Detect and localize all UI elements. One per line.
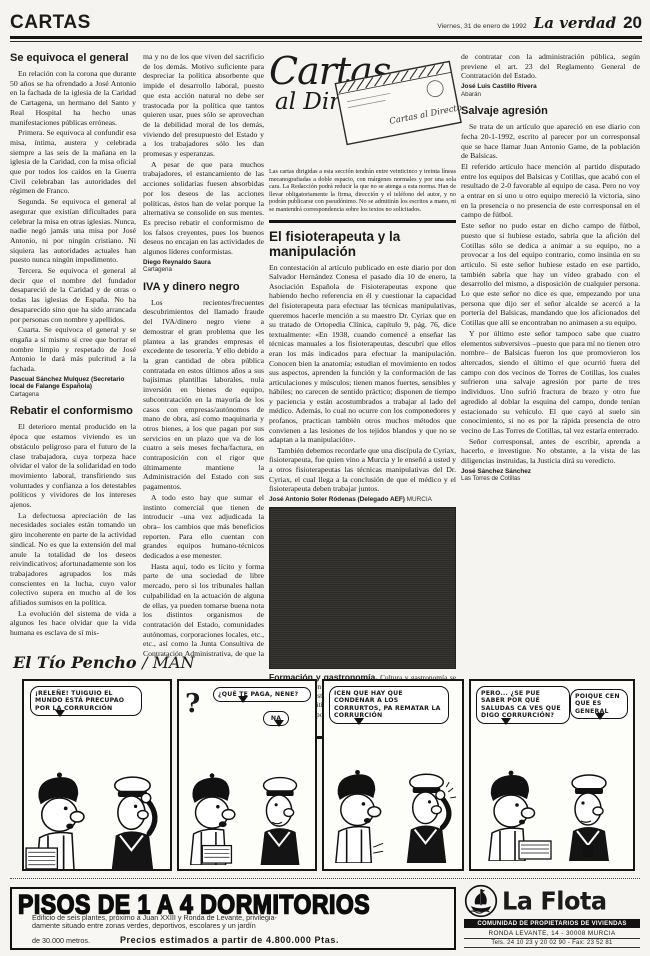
column-1: Se equivoca el general En relación con l…	[10, 52, 136, 660]
comic-name: El Tío Pencho	[13, 653, 137, 672]
header-rule-thin	[10, 41, 642, 42]
paragraph: El deterioro mental producido en la époc…	[10, 422, 136, 509]
signature-name: José Antonio Soler Ródenas (Delegado AEF…	[269, 496, 405, 503]
ship-icon	[464, 884, 498, 918]
newspaper-masthead: La verdad	[534, 14, 616, 32]
letter-signature: José Luis Castillo Rivera	[461, 83, 640, 91]
speech-bubble: NA	[263, 711, 289, 726]
column-4: de contratar con la administración públi…	[461, 52, 640, 664]
la-flota-logo-block: La Flota COMUNIDAD DE PROPIETARIOS DE VI…	[464, 884, 640, 950]
ad-separator	[10, 878, 640, 879]
speech-bubble: PERO... ¿SE PUE SABER POR QUÉ SALUDAS CA…	[476, 686, 570, 724]
paragraph: En contestación al artículo publicado en…	[269, 263, 456, 445]
paragraph: Hasta aquí, todo es lícito y forma parte…	[143, 562, 264, 660]
paragraph: El referido artículo hace mención al par…	[461, 162, 640, 220]
la-flota-name: La Flota	[502, 886, 607, 915]
ad-body-line: damente situado entre zonas verdes, depo…	[32, 922, 448, 930]
paragraph: A pesar de que para muchos trabajadores,…	[143, 160, 264, 257]
paragraph: Se trata de un artículo que apareció en …	[461, 122, 640, 161]
paragraph: En relación con la corona que durante 50…	[10, 69, 136, 127]
paragraph: Y por último este señor tampoco sabe que…	[461, 329, 640, 436]
comic-characters	[471, 761, 633, 871]
speech-bubble: ¡RELEÑE! TUIGUIO EL MUNDO ESTÁ PRECUPAO …	[30, 686, 142, 716]
letter-title-iva: IVA y dinero negro	[143, 281, 264, 293]
letters-rules-text: Las cartas dirigidas a esta sección tend…	[269, 168, 456, 214]
letter-location: Abarán	[461, 91, 640, 98]
ad-body-line: de 30.000 metros.	[32, 937, 90, 945]
comic-title: El Tío Pencho / MAN	[13, 653, 195, 672]
comic-panel-2: ? ¿QUÉ TE PAGA, NENE? NA	[177, 679, 317, 871]
paragraph: La defectuosa apreciación de las necesid…	[10, 511, 136, 608]
ad-price: Precios estimados a partir de 4.800.000 …	[120, 935, 339, 945]
page-header: CARTAS Viernes, 31 de enero de 1992 La v…	[10, 8, 642, 34]
la-flota-subtitle: COMUNIDAD DE PROPIETARIOS DE VIVIENDAS	[464, 919, 640, 928]
paragraph: de contratar con la administración públi…	[461, 52, 640, 81]
paragraph: Cuarta. Se equivoca el general y se enga…	[10, 325, 136, 374]
paragraph: Segunda. Se equivoca el general al asegu…	[10, 197, 136, 265]
paragraph: ma y no de los que viven del sacrificio …	[143, 52, 264, 159]
la-flota-address: RONDA LEVANTE, 14 - 30008 MURCIA	[464, 930, 640, 939]
feature-signature: José Antonio Soler Ródenas (Delegado AEF…	[269, 496, 456, 503]
comic-characters	[179, 761, 315, 871]
real-estate-ad: PISOS DE 1 A 4 DORMITORIOS Edificio de s…	[10, 887, 456, 950]
ad-headline: PISOS DE 1 A 4 DORMITORIOS	[18, 890, 448, 918]
page-number: 20	[623, 13, 642, 33]
comic-panel-4: PERO... ¿SE PUE SABER POR QUÉ SALUDAS CA…	[469, 679, 635, 871]
paella-contest-photo	[269, 507, 456, 669]
feature-rule-top	[269, 220, 456, 223]
letter-title-rebatir: Rebatir el conformismo	[10, 405, 136, 417]
paragraph: A todo esto hay que sumar el instinto co…	[143, 493, 264, 561]
speech-bubble: ICEN QUE HAY QUE CONDENAR A LOS CORRURTO…	[329, 686, 449, 724]
paragraph: Este señor no pudo estar en dicho campo …	[461, 221, 640, 328]
letter-location: Cartagena	[10, 391, 136, 398]
cartas-al-director-masthead: Cartas al Director Cartas al Director	[269, 52, 456, 164]
letter-title-salvaje: Salvaje agresión	[461, 105, 640, 117]
comic-author: / MAN	[142, 653, 194, 672]
letter-signature: Diego Reynaldo Saura	[143, 259, 264, 267]
feature-body: En contestación al artículo publicado en…	[269, 263, 456, 494]
section-title: CARTAS	[10, 12, 91, 34]
header-rule-thick	[10, 36, 642, 39]
paragraph: La evolución del sistema de vida a algun…	[10, 609, 136, 638]
signature-location: MURCIA	[407, 496, 432, 503]
letter-location: Las Torres de Cotillas	[461, 475, 640, 482]
paragraph: También debemos recordarle que una discí…	[269, 446, 456, 494]
speech-bubble: POIQUE CEN QUE ES GENERAL	[570, 689, 628, 719]
date-text: Viernes, 31 de enero de 1992	[437, 23, 526, 30]
question-mark: ?	[185, 689, 200, 719]
comic-characters	[324, 761, 462, 871]
column-2: ma y no de los que viven del sacrificio …	[143, 52, 264, 660]
comic-characters	[24, 761, 170, 871]
la-flota-phones: Tels. 24 10 23 y 20 02 90 - Fax: 23 52 8…	[464, 940, 640, 948]
paragraph: Los recientes/frecuentes descubrimientos…	[143, 298, 264, 492]
letter-signature: José Sánchez Sánchez	[461, 468, 640, 476]
letter-location: Cartagena	[143, 266, 264, 273]
speech-bubble: ¿QUÉ TE PAGA, NENE?	[213, 687, 311, 702]
paragraph: Primera. Se equivoca al confundir esa mi…	[10, 128, 136, 196]
comic-panel-1: ¡RELEÑE! TUIGUIO EL MUNDO ESTÁ PRECUPAO …	[22, 679, 172, 871]
paragraph: Tercera. Se equivoca el general al decir…	[10, 266, 136, 324]
letters-feature-section: Cartas al Director Cartas al Director La…	[269, 52, 456, 739]
letter-signature: Pascual Sánchez Mulquez (Secretario loca…	[10, 376, 136, 391]
newspaper-page: { "header": { "section": "CARTAS", "date…	[0, 0, 650, 956]
letter-title-se-equivoca: Se equivoca el general	[10, 52, 136, 64]
paragraph: Señor corresponsal, antes de escribir, a…	[461, 437, 640, 466]
comic-strip: ¡RELEÑE! TUIGUIO EL MUNDO ESTÁ PRECUPAO …	[22, 679, 635, 871]
feature-headline: El fisioterapeuta y la manipulación	[269, 229, 456, 259]
envelope-icon: Cartas al Director	[334, 56, 462, 148]
comic-panel-3: ICEN QUE HAY QUE CONDENAR A LOS CORRURTO…	[322, 679, 464, 871]
